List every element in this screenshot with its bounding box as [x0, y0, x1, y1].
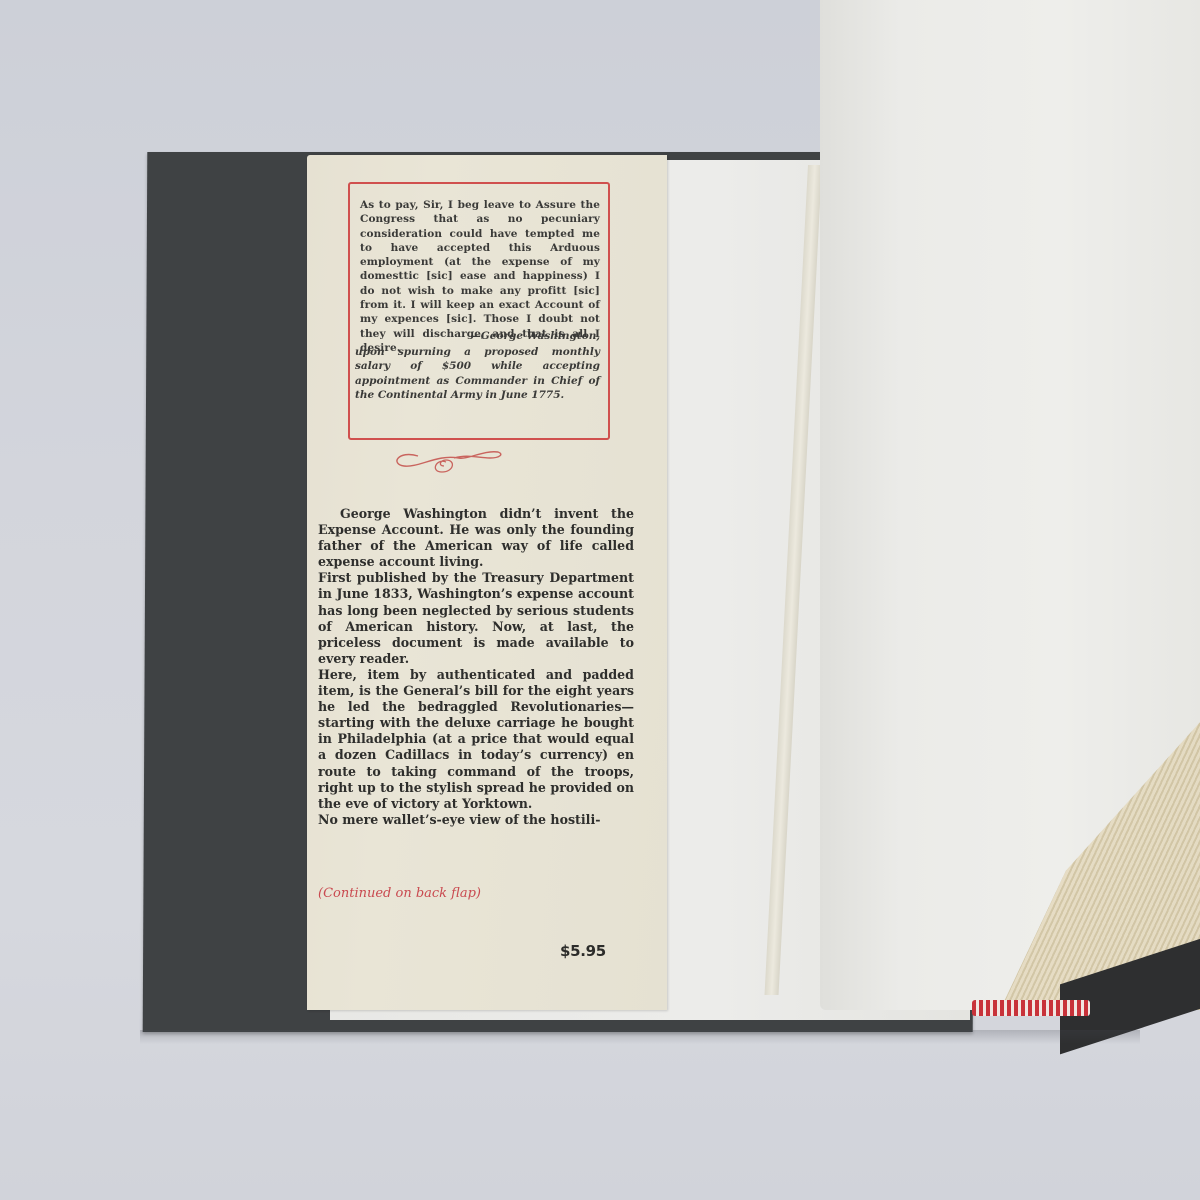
body-paragraph: Here, item by authenticated and padded i…	[318, 667, 634, 812]
flap-body-copy: George Washington didn’t invent the Expe…	[318, 506, 634, 828]
body-paragraph: First published by the Treasury Departme…	[318, 570, 634, 667]
shadow	[140, 1030, 1140, 1044]
quote-attribution-description: upon spurning a proposed monthly salary …	[355, 345, 600, 402]
photo-scene: As to pay, Sir, I beg leave to Assure th…	[0, 0, 1200, 1200]
quote-attribution-name: —George Washington,	[360, 330, 600, 342]
flourish-ornament-icon	[388, 446, 508, 476]
headband	[972, 1000, 1090, 1016]
price-label: $5.95	[560, 942, 606, 960]
continued-note: (Continued on back flap)	[318, 886, 481, 901]
body-paragraph: No mere wallet’s-eye view of the hostili…	[318, 812, 634, 828]
body-paragraph: George Washington didn’t invent the Expe…	[318, 506, 634, 570]
